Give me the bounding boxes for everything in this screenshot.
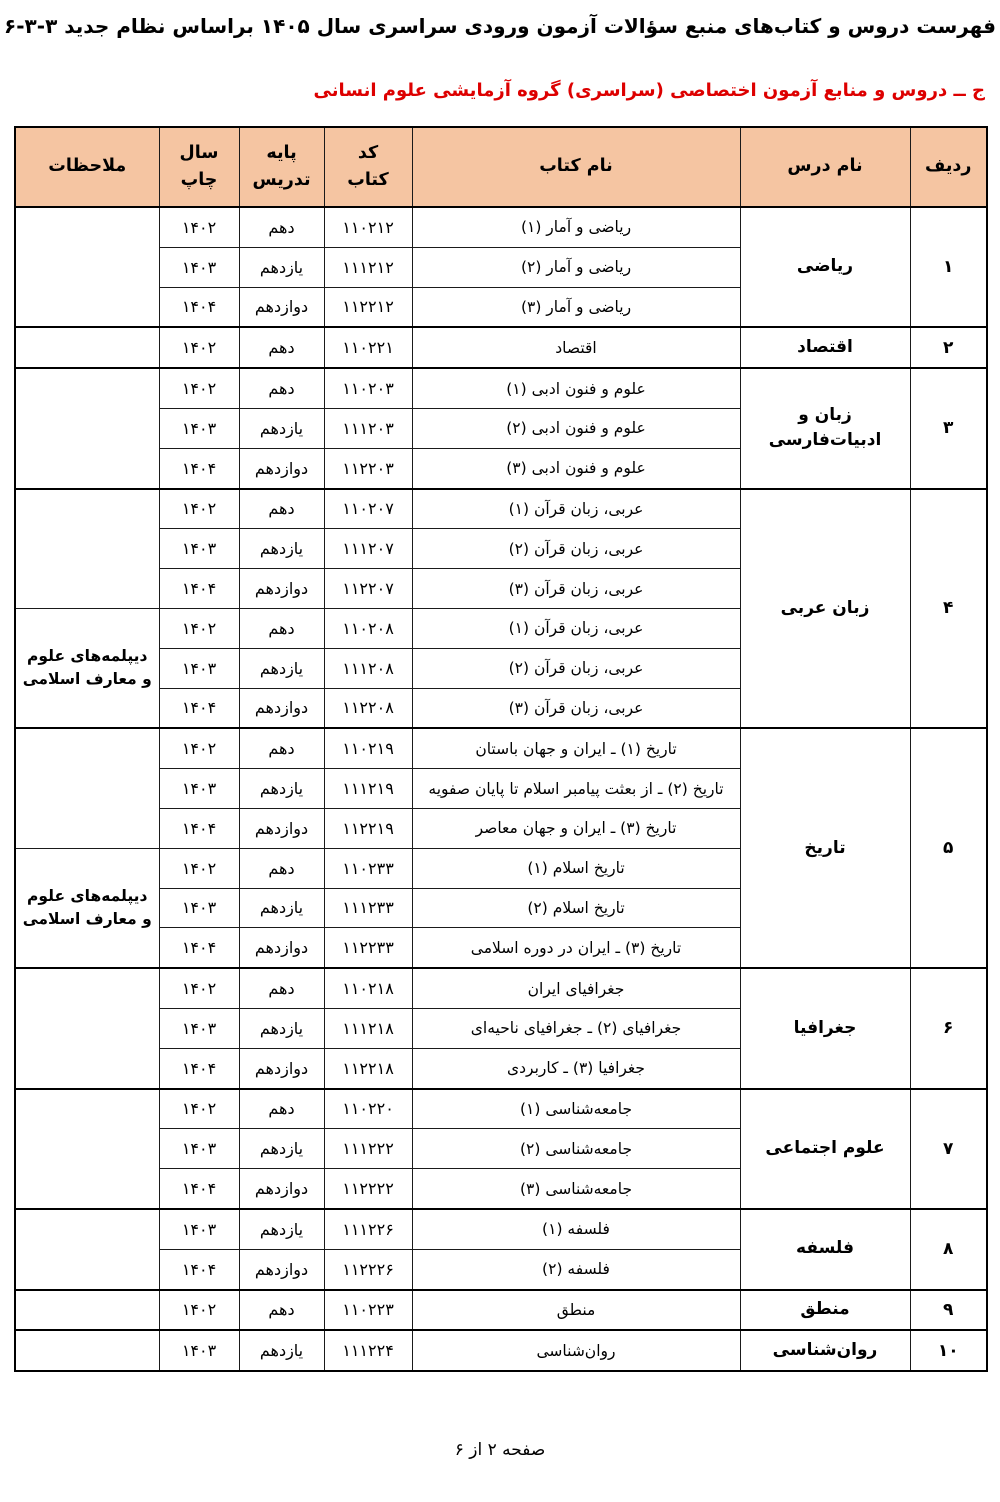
year-cell: ۱۴۰۴ [159, 448, 239, 488]
course-name-cell: زبان عربی [740, 489, 910, 729]
grade-cell: دوازدهم [239, 287, 324, 327]
course-name-cell: روان‌شناسی [740, 1330, 910, 1371]
book-name-cell: عربی، زبان قرآن (۱) [412, 489, 740, 529]
book-name-cell: عربی، زبان قرآن (۱) [412, 608, 740, 648]
row-number-cell: ۷ [910, 1089, 987, 1209]
table-row: ۵ تاریخ تاریخ (۱) ـ ایران و جهان باستان … [15, 728, 987, 768]
book-name-cell: علوم و فنون ادبی (۱) [412, 368, 740, 408]
book-name-cell: تاریخ (۱) ـ ایران و جهان باستان [412, 728, 740, 768]
grade-cell: دهم [239, 327, 324, 368]
book-code-cell: ۱۱۰۲۱۸ [324, 968, 412, 1008]
grade-cell: یازدهم [239, 1008, 324, 1048]
year-cell: ۱۴۰۴ [159, 1249, 239, 1289]
table-row: ۴ زبان عربی عربی، زبان قرآن (۱) ۱۱۰۲۰۷ د… [15, 489, 987, 529]
course-name-cell: اقتصاد [740, 327, 910, 368]
year-cell: ۱۴۰۳ [159, 247, 239, 287]
book-name-cell: جغرافیا (۳) ـ کاربردی [412, 1048, 740, 1088]
book-name-cell: تاریخ اسلام (۲) [412, 888, 740, 928]
year-cell: ۱۴۰۳ [159, 408, 239, 448]
row-number-cell: ۳ [910, 368, 987, 488]
table-row: ۱۰ روان‌شناسی روان‌شناسی ۱۱۱۲۲۴ یازدهم ۱… [15, 1330, 987, 1371]
row-number-cell: ۸ [910, 1209, 987, 1290]
grade-cell: یازدهم [239, 1330, 324, 1371]
grade-cell: دهم [239, 207, 324, 247]
year-cell: ۱۴۰۲ [159, 728, 239, 768]
page-number: صفحه ۲ از ۶ [0, 1440, 1000, 1460]
table-row: ۱ ریاضی ریاضی و آمار (۱) ۱۱۰۲۱۲ دهم ۱۴۰۲ [15, 207, 987, 247]
book-name-cell: فلسفه (۱) [412, 1209, 740, 1249]
grade-cell: دهم [239, 1089, 324, 1129]
book-name-cell: عربی، زبان قرآن (۳) [412, 688, 740, 728]
book-name-cell: تاریخ اسلام (۱) [412, 848, 740, 888]
book-code-cell: ۱۱۰۲۰۸ [324, 608, 412, 648]
book-code-cell: ۱۱۰۲۱۹ [324, 728, 412, 768]
table-row: ۲ اقتصاد اقتصاد ۱۱۰۲۲۱ دهم ۱۴۰۲ [15, 327, 987, 368]
book-code-cell: ۱۱۱۲۲۴ [324, 1330, 412, 1371]
grade-cell: دهم [239, 489, 324, 529]
book-name-cell: روان‌شناسی [412, 1330, 740, 1371]
course-name-cell: فلسفه [740, 1209, 910, 1290]
grade-cell: دوازدهم [239, 448, 324, 488]
grade-cell: دوازدهم [239, 1169, 324, 1209]
course-name-cell: منطق [740, 1290, 910, 1331]
header-print-year: سال چاپ [159, 127, 239, 207]
row-number-cell: ۵ [910, 728, 987, 968]
book-code-cell: ۱۱۲۲۰۷ [324, 569, 412, 609]
book-name-cell: جغرافیای (۲) ـ جغرافیای ناحیه‌ای [412, 1008, 740, 1048]
book-name-cell: عربی، زبان قرآن (۲) [412, 529, 740, 569]
book-code-cell: ۱۱۲۲۱۹ [324, 808, 412, 848]
book-code-cell: ۱۱۲۲۲۶ [324, 1249, 412, 1289]
year-cell: ۱۴۰۳ [159, 1330, 239, 1371]
book-name-cell: جامعه‌شناسی (۱) [412, 1089, 740, 1129]
book-name-cell: علوم و فنون ادبی (۲) [412, 408, 740, 448]
notes-cell: دیپلمه‌های علوم و معارف اسلامی [15, 608, 159, 728]
book-code-cell: ۱۱۱۲۰۸ [324, 648, 412, 688]
notes-cell [15, 968, 159, 1088]
page-title: فهرست دروس و کتاب‌های منبع سؤالات آزمون … [0, 14, 1000, 38]
book-code-cell: ۱۱۰۲۳۳ [324, 848, 412, 888]
grade-cell: یازدهم [239, 888, 324, 928]
year-cell: ۱۴۰۲ [159, 207, 239, 247]
grade-cell: دوازدهم [239, 1249, 324, 1289]
row-number-cell: ۲ [910, 327, 987, 368]
book-name-cell: ریاضی و آمار (۳) [412, 287, 740, 327]
table-row: ۶ جغرافیا جغرافیای ایران ۱۱۰۲۱۸ دهم ۱۴۰۲ [15, 968, 987, 1008]
header-row-number: ردیف [910, 127, 987, 207]
grade-cell: یازدهم [239, 1209, 324, 1249]
book-code-cell: ۱۱۱۲۱۹ [324, 769, 412, 809]
book-name-cell: جغرافیای ایران [412, 968, 740, 1008]
header-grade: پایه تدریس [239, 127, 324, 207]
year-cell: ۱۴۰۲ [159, 1290, 239, 1331]
row-number-cell: ۹ [910, 1290, 987, 1331]
grade-cell: دوازدهم [239, 808, 324, 848]
book-code-cell: ۱۱۰۲۲۱ [324, 327, 412, 368]
book-code-cell: ۱۱۲۲۰۸ [324, 688, 412, 728]
book-name-cell: تاریخ (۳) ـ ایران در دوره اسلامی [412, 928, 740, 968]
year-cell: ۱۴۰۲ [159, 489, 239, 529]
row-number-cell: ۱ [910, 207, 987, 327]
book-code-cell: ۱۱۱۲۱۸ [324, 1008, 412, 1048]
book-name-cell: عربی، زبان قرآن (۳) [412, 569, 740, 609]
year-cell: ۱۴۰۳ [159, 1209, 239, 1249]
year-cell: ۱۴۰۳ [159, 769, 239, 809]
book-code-cell: ۱۱۲۲۱۸ [324, 1048, 412, 1088]
grade-cell: یازدهم [239, 408, 324, 448]
grade-cell: یازدهم [239, 769, 324, 809]
notes-cell [15, 1290, 159, 1331]
book-code-cell: ۱۱۲۲۳۳ [324, 928, 412, 968]
notes-cell [15, 1330, 159, 1371]
book-name-cell: جامعه‌شناسی (۳) [412, 1169, 740, 1209]
table-row: ۹ منطق منطق ۱۱۰۲۲۳ دهم ۱۴۰۲ [15, 1290, 987, 1331]
grade-cell: دوازدهم [239, 1048, 324, 1088]
row-number-cell: ۱۰ [910, 1330, 987, 1371]
year-cell: ۱۴۰۳ [159, 1008, 239, 1048]
course-name-cell: زبان و ادبیات‌فارسی [740, 368, 910, 488]
table-header-row: ردیف نام درس نام کتاب کد کتاب پایه تدریس… [15, 127, 987, 207]
table-row: ۳ زبان و ادبیات‌فارسی علوم و فنون ادبی (… [15, 368, 987, 408]
year-cell: ۱۴۰۳ [159, 888, 239, 928]
grade-cell: دهم [239, 1290, 324, 1331]
year-cell: ۱۴۰۲ [159, 608, 239, 648]
year-cell: ۱۴۰۴ [159, 287, 239, 327]
year-cell: ۱۴۰۴ [159, 808, 239, 848]
book-code-cell: ۱۱۰۲۲۳ [324, 1290, 412, 1331]
grade-cell: دوازدهم [239, 569, 324, 609]
book-name-cell: تاریخ (۳) ـ ایران و جهان معاصر [412, 808, 740, 848]
book-code-cell: ۱۱۰۲۲۰ [324, 1089, 412, 1129]
header-course-name: نام درس [740, 127, 910, 207]
year-cell: ۱۴۰۳ [159, 648, 239, 688]
book-name-cell: ریاضی و آمار (۲) [412, 247, 740, 287]
notes-cell [15, 728, 159, 848]
notes-cell [15, 1089, 159, 1209]
grade-cell: دهم [239, 608, 324, 648]
year-cell: ۱۴۰۲ [159, 327, 239, 368]
book-code-cell: ۱۱۱۲۰۷ [324, 529, 412, 569]
document-page: { "page": { "title": "فهرست دروس و کتاب‌… [0, 0, 1000, 1502]
grade-cell: دهم [239, 728, 324, 768]
grade-cell: یازدهم [239, 529, 324, 569]
book-name-cell: اقتصاد [412, 327, 740, 368]
book-code-cell: ۱۱۲۲۰۳ [324, 448, 412, 488]
book-name-cell: ریاضی و آمار (۱) [412, 207, 740, 247]
table-row: ۷ علوم اجتماعی جامعه‌شناسی (۱) ۱۱۰۲۲۰ ده… [15, 1089, 987, 1129]
year-cell: ۱۴۰۴ [159, 1048, 239, 1088]
book-code-cell: ۱۱۰۲۰۳ [324, 368, 412, 408]
grade-cell: یازدهم [239, 1129, 324, 1169]
header-notes: ملاحظات [15, 127, 159, 207]
notes-cell [15, 489, 159, 609]
book-code-cell: ۱۱۱۲۰۳ [324, 408, 412, 448]
year-cell: ۱۴۰۲ [159, 968, 239, 1008]
notes-cell: دیپلمه‌های علوم و معارف اسلامی [15, 848, 159, 968]
course-name-cell: ریاضی [740, 207, 910, 327]
course-name-cell: جغرافیا [740, 968, 910, 1088]
year-cell: ۱۴۰۳ [159, 529, 239, 569]
year-cell: ۱۴۰۴ [159, 688, 239, 728]
section-subtitle: ج ــ دروس و منابع آزمون اختصاصی (سراسری)… [314, 80, 985, 101]
grade-cell: دهم [239, 968, 324, 1008]
book-code-cell: ۱۱۱۲۲۲ [324, 1129, 412, 1169]
notes-cell [15, 368, 159, 488]
year-cell: ۱۴۰۲ [159, 1089, 239, 1129]
book-name-cell: فلسفه (۲) [412, 1249, 740, 1289]
course-name-cell: تاریخ [740, 728, 910, 968]
book-code-cell: ۱۱۰۲۱۲ [324, 207, 412, 247]
grade-cell: دوازدهم [239, 688, 324, 728]
year-cell: ۱۴۰۲ [159, 848, 239, 888]
book-code-cell: ۱۱۱۲۱۲ [324, 247, 412, 287]
grade-cell: دهم [239, 848, 324, 888]
book-code-cell: ۱۱۲۲۲۲ [324, 1169, 412, 1209]
year-cell: ۱۴۰۳ [159, 1129, 239, 1169]
notes-cell [15, 207, 159, 327]
year-cell: ۱۴۰۴ [159, 928, 239, 968]
row-number-cell: ۴ [910, 489, 987, 729]
book-name-cell: منطق [412, 1290, 740, 1331]
grade-cell: یازدهم [239, 247, 324, 287]
notes-cell [15, 1209, 159, 1290]
grade-cell: دهم [239, 368, 324, 408]
book-name-cell: علوم و فنون ادبی (۳) [412, 448, 740, 488]
book-code-cell: ۱۱۱۲۲۶ [324, 1209, 412, 1249]
grade-cell: دوازدهم [239, 928, 324, 968]
book-code-cell: ۱۱۰۲۰۷ [324, 489, 412, 529]
year-cell: ۱۴۰۴ [159, 1169, 239, 1209]
book-name-cell: عربی، زبان قرآن (۲) [412, 648, 740, 688]
book-name-cell: جامعه‌شناسی (۲) [412, 1129, 740, 1169]
header-book-name: نام کتاب [412, 127, 740, 207]
row-number-cell: ۶ [910, 968, 987, 1088]
grade-cell: یازدهم [239, 648, 324, 688]
header-book-code: کد کتاب [324, 127, 412, 207]
notes-cell [15, 327, 159, 368]
book-code-cell: ۱۱۱۲۳۳ [324, 888, 412, 928]
course-name-cell: علوم اجتماعی [740, 1089, 910, 1209]
year-cell: ۱۴۰۴ [159, 569, 239, 609]
course-book-table: ردیف نام درس نام کتاب کد کتاب پایه تدریس… [14, 126, 988, 1372]
year-cell: ۱۴۰۲ [159, 368, 239, 408]
table-row: ۸ فلسفه فلسفه (۱) ۱۱۱۲۲۶ یازدهم ۱۴۰۳ [15, 1209, 987, 1249]
book-code-cell: ۱۱۲۲۱۲ [324, 287, 412, 327]
book-name-cell: تاریخ (۲) ـ از بعثت پیامبر اسلام تا پایا… [412, 769, 740, 809]
